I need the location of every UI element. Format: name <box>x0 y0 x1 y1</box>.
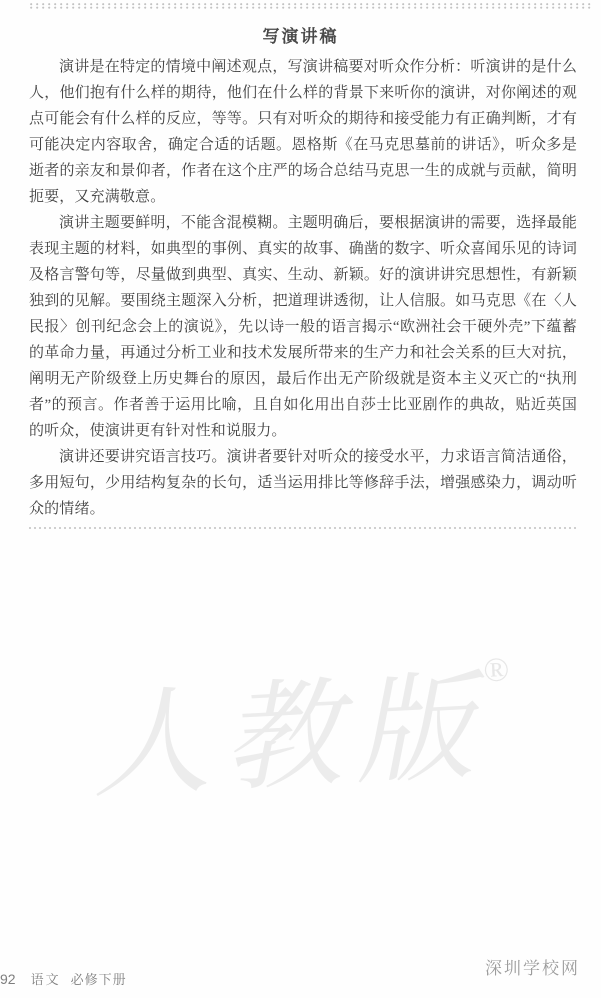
page-number: 92 <box>0 971 16 987</box>
page-title: 写演讲稿 <box>0 22 601 47</box>
footer-volume: 必修下册 <box>71 969 127 988</box>
body-text-block: 演讲是在特定的情境中阐述观点，写演讲稿要对听众作分析：听演讲的是什么人，他们抱有… <box>29 54 577 531</box>
footer-subject: 语文 <box>31 969 61 988</box>
body-paragraph: 演讲还要讲究语言技巧。演讲者要针对听众的接受水平，力求语言简洁通俗，多用短句，少… <box>29 444 577 522</box>
publisher-watermark: 人教版® <box>84 588 562 782</box>
site-credit: 深圳学校网 <box>485 954 580 979</box>
registered-trademark-icon: ® <box>483 651 511 689</box>
bottom-dotted-rule <box>29 527 577 531</box>
watermark-text: 人教版 <box>88 662 490 814</box>
footer-left: 92 语文 必修下册 <box>0 969 127 988</box>
top-dotted-rule <box>30 3 591 10</box>
textbook-page: 写演讲稿 演讲是在特定的情境中阐述观点，写演讲稿要对听众作分析：听演讲的是什么人… <box>0 0 601 998</box>
body-paragraph: 演讲主题要鲜明，不能含混模糊。主题明确后，要根据演讲的需要，选择最能表现主题的材… <box>29 210 577 444</box>
body-paragraph: 演讲是在特定的情境中阐述观点，写演讲稿要对听众作分析：听演讲的是什么人，他们抱有… <box>29 54 577 210</box>
